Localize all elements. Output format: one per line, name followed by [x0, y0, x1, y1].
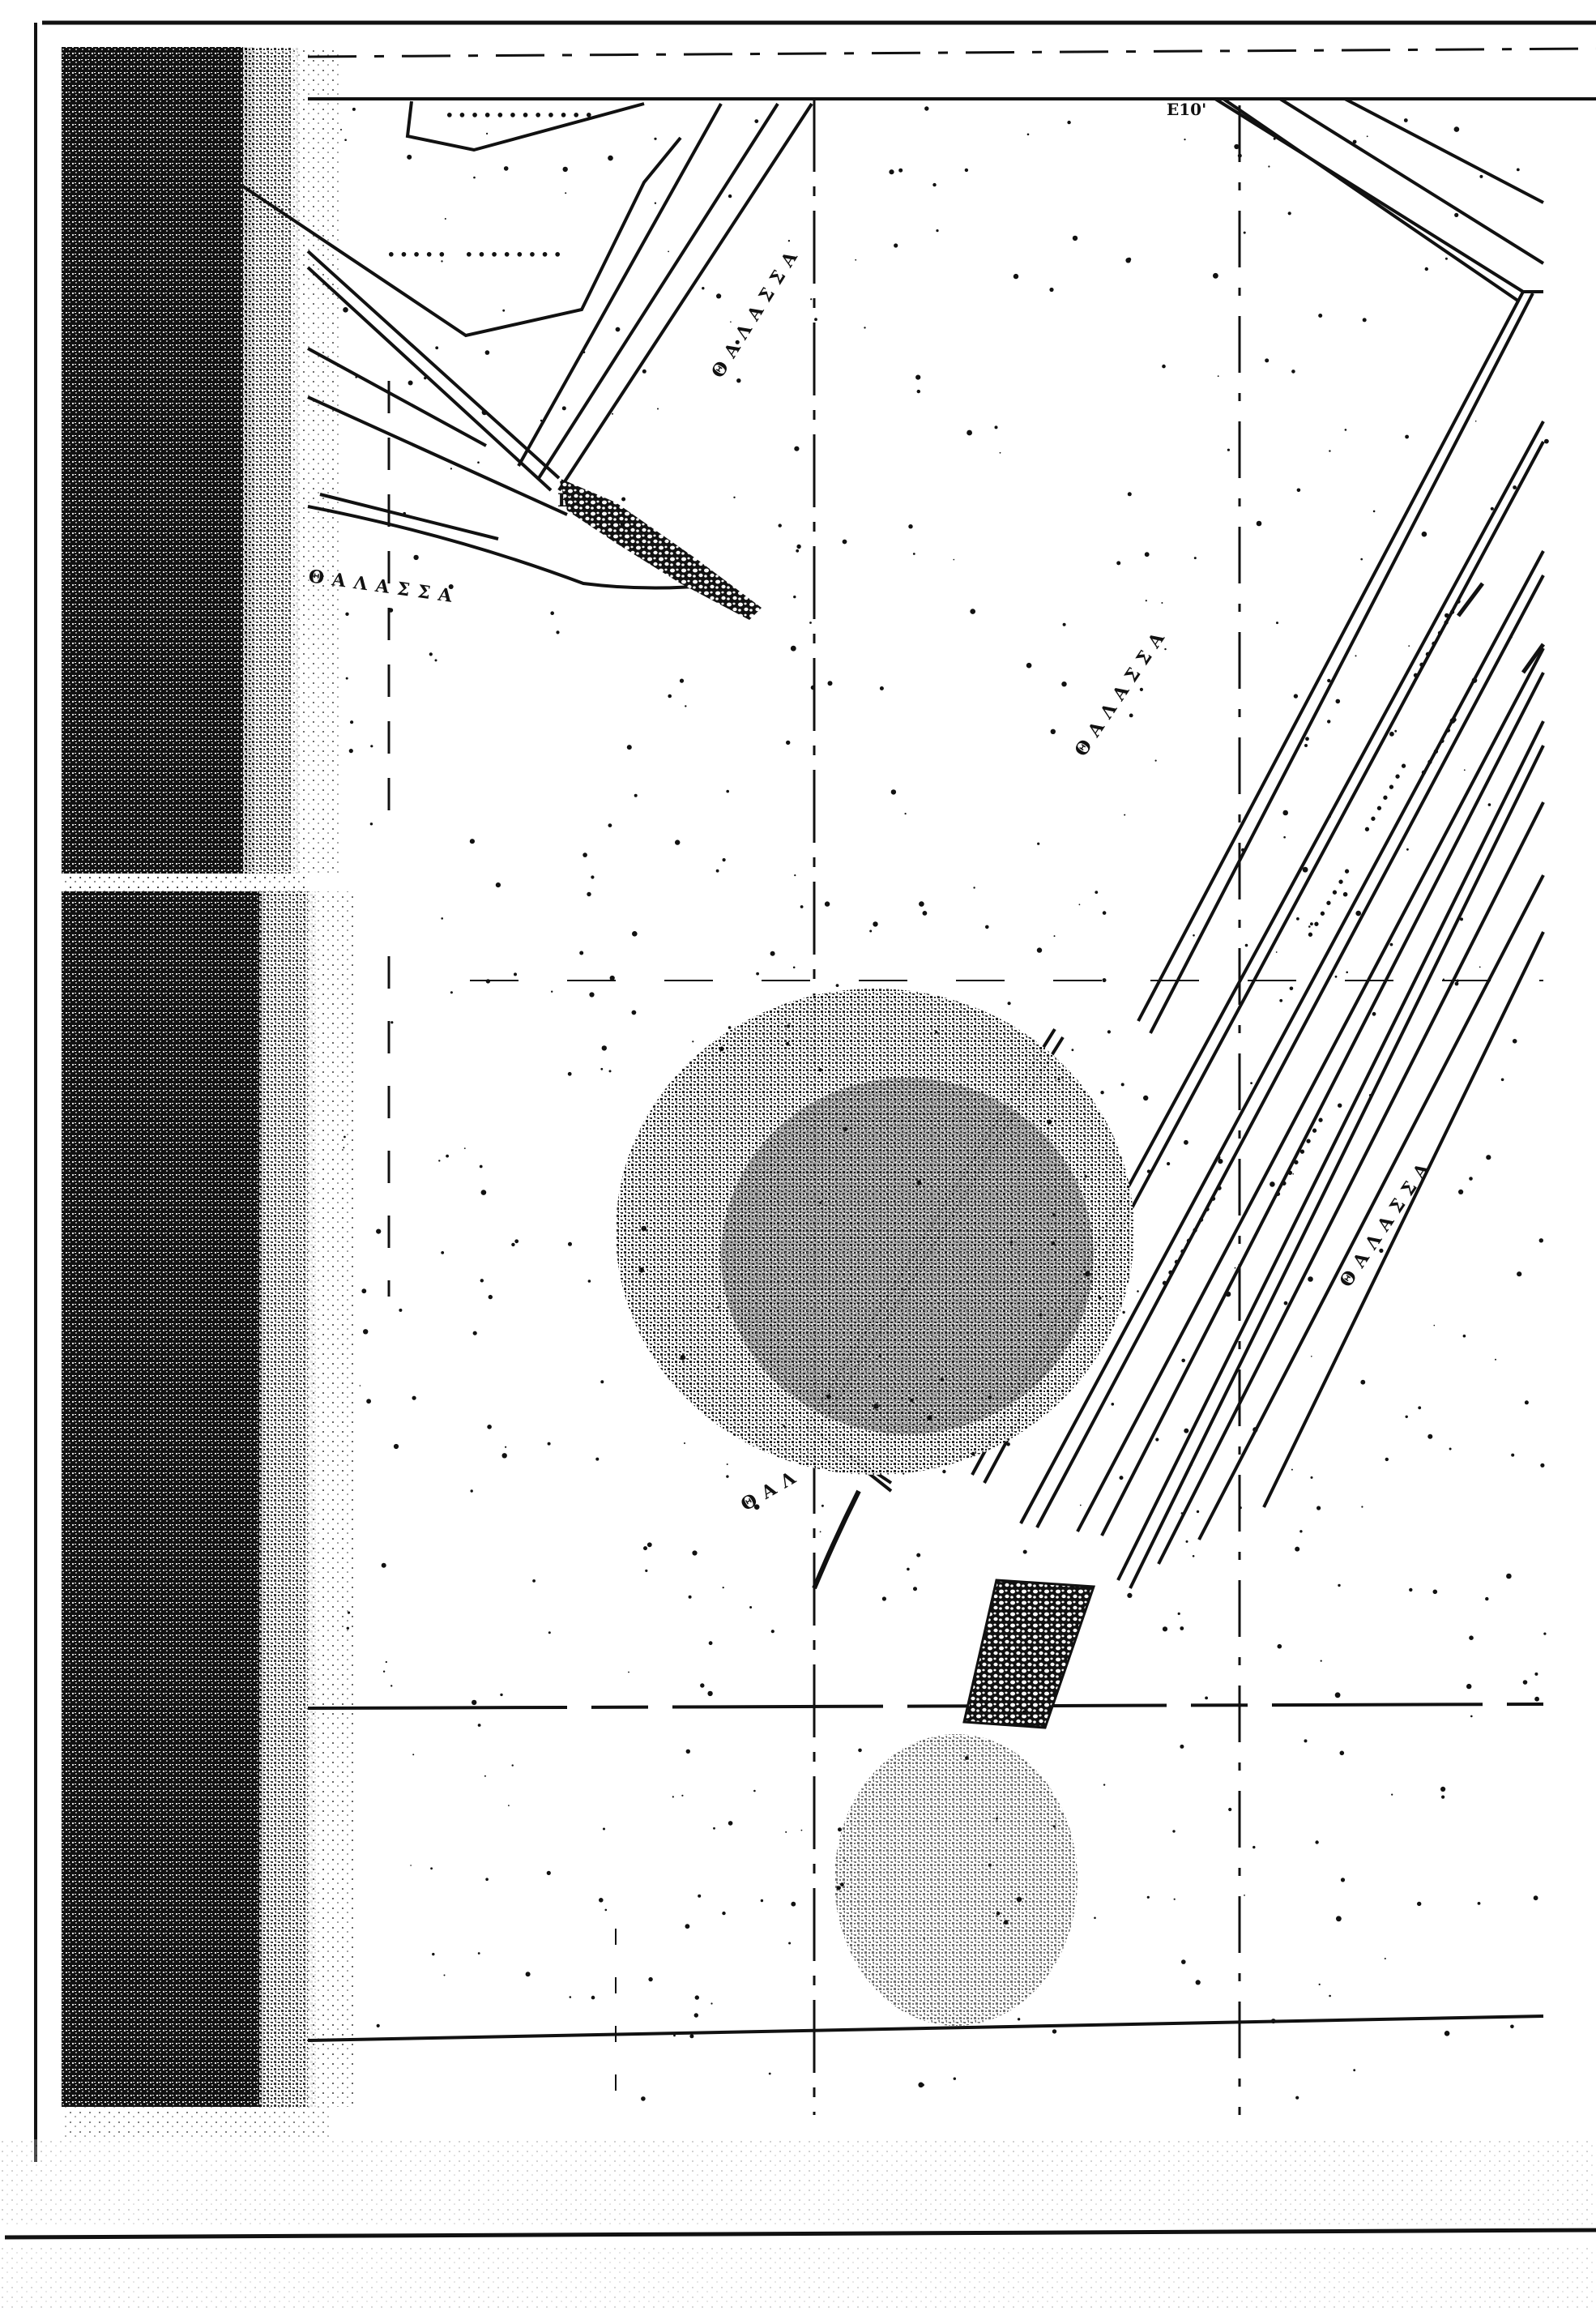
land-mass-left	[62, 47, 356, 2139]
svg-text:••••••••••: ••••••••••	[1157, 1177, 1231, 1290]
parcel-dotted-text: •••••••••••• ••••• ••••••••	[387, 108, 598, 263]
point-marker-e10: Ε10'	[1167, 100, 1206, 119]
shaded-area-center	[616, 989, 1134, 2026]
svg-text:••••••••: ••••••••	[1270, 1109, 1332, 1201]
svg-text:••••••••: ••••••••	[465, 247, 566, 263]
sea-label-center: ΘΑΛΑΣΣΑ	[1070, 622, 1173, 760]
inlet	[814, 1491, 859, 1588]
map-drawing: •••••••••••• ••••• ••••••••	[0, 0, 1596, 2320]
sea-label-lower: ΘΑΛ	[737, 1463, 806, 1515]
sea-label-right: ΘΑΛΑΣΣΑ	[1335, 1152, 1438, 1291]
svg-text:••••••••••••: ••••••••••••	[446, 108, 598, 123]
jetty-north-rubble	[559, 478, 762, 620]
map-sheet: •••••••••••• ••••• ••••••••	[0, 0, 1596, 2320]
point-marker-pier: Ε	[557, 490, 571, 511]
svg-text:•••••: •••••	[387, 247, 450, 263]
svg-text:••••••••: ••••••••	[1408, 591, 1470, 682]
scan-noise-bottom	[0, 2139, 1596, 2309]
sea-label-upper: ΘΑΛΑΣΣΑ	[707, 241, 806, 382]
